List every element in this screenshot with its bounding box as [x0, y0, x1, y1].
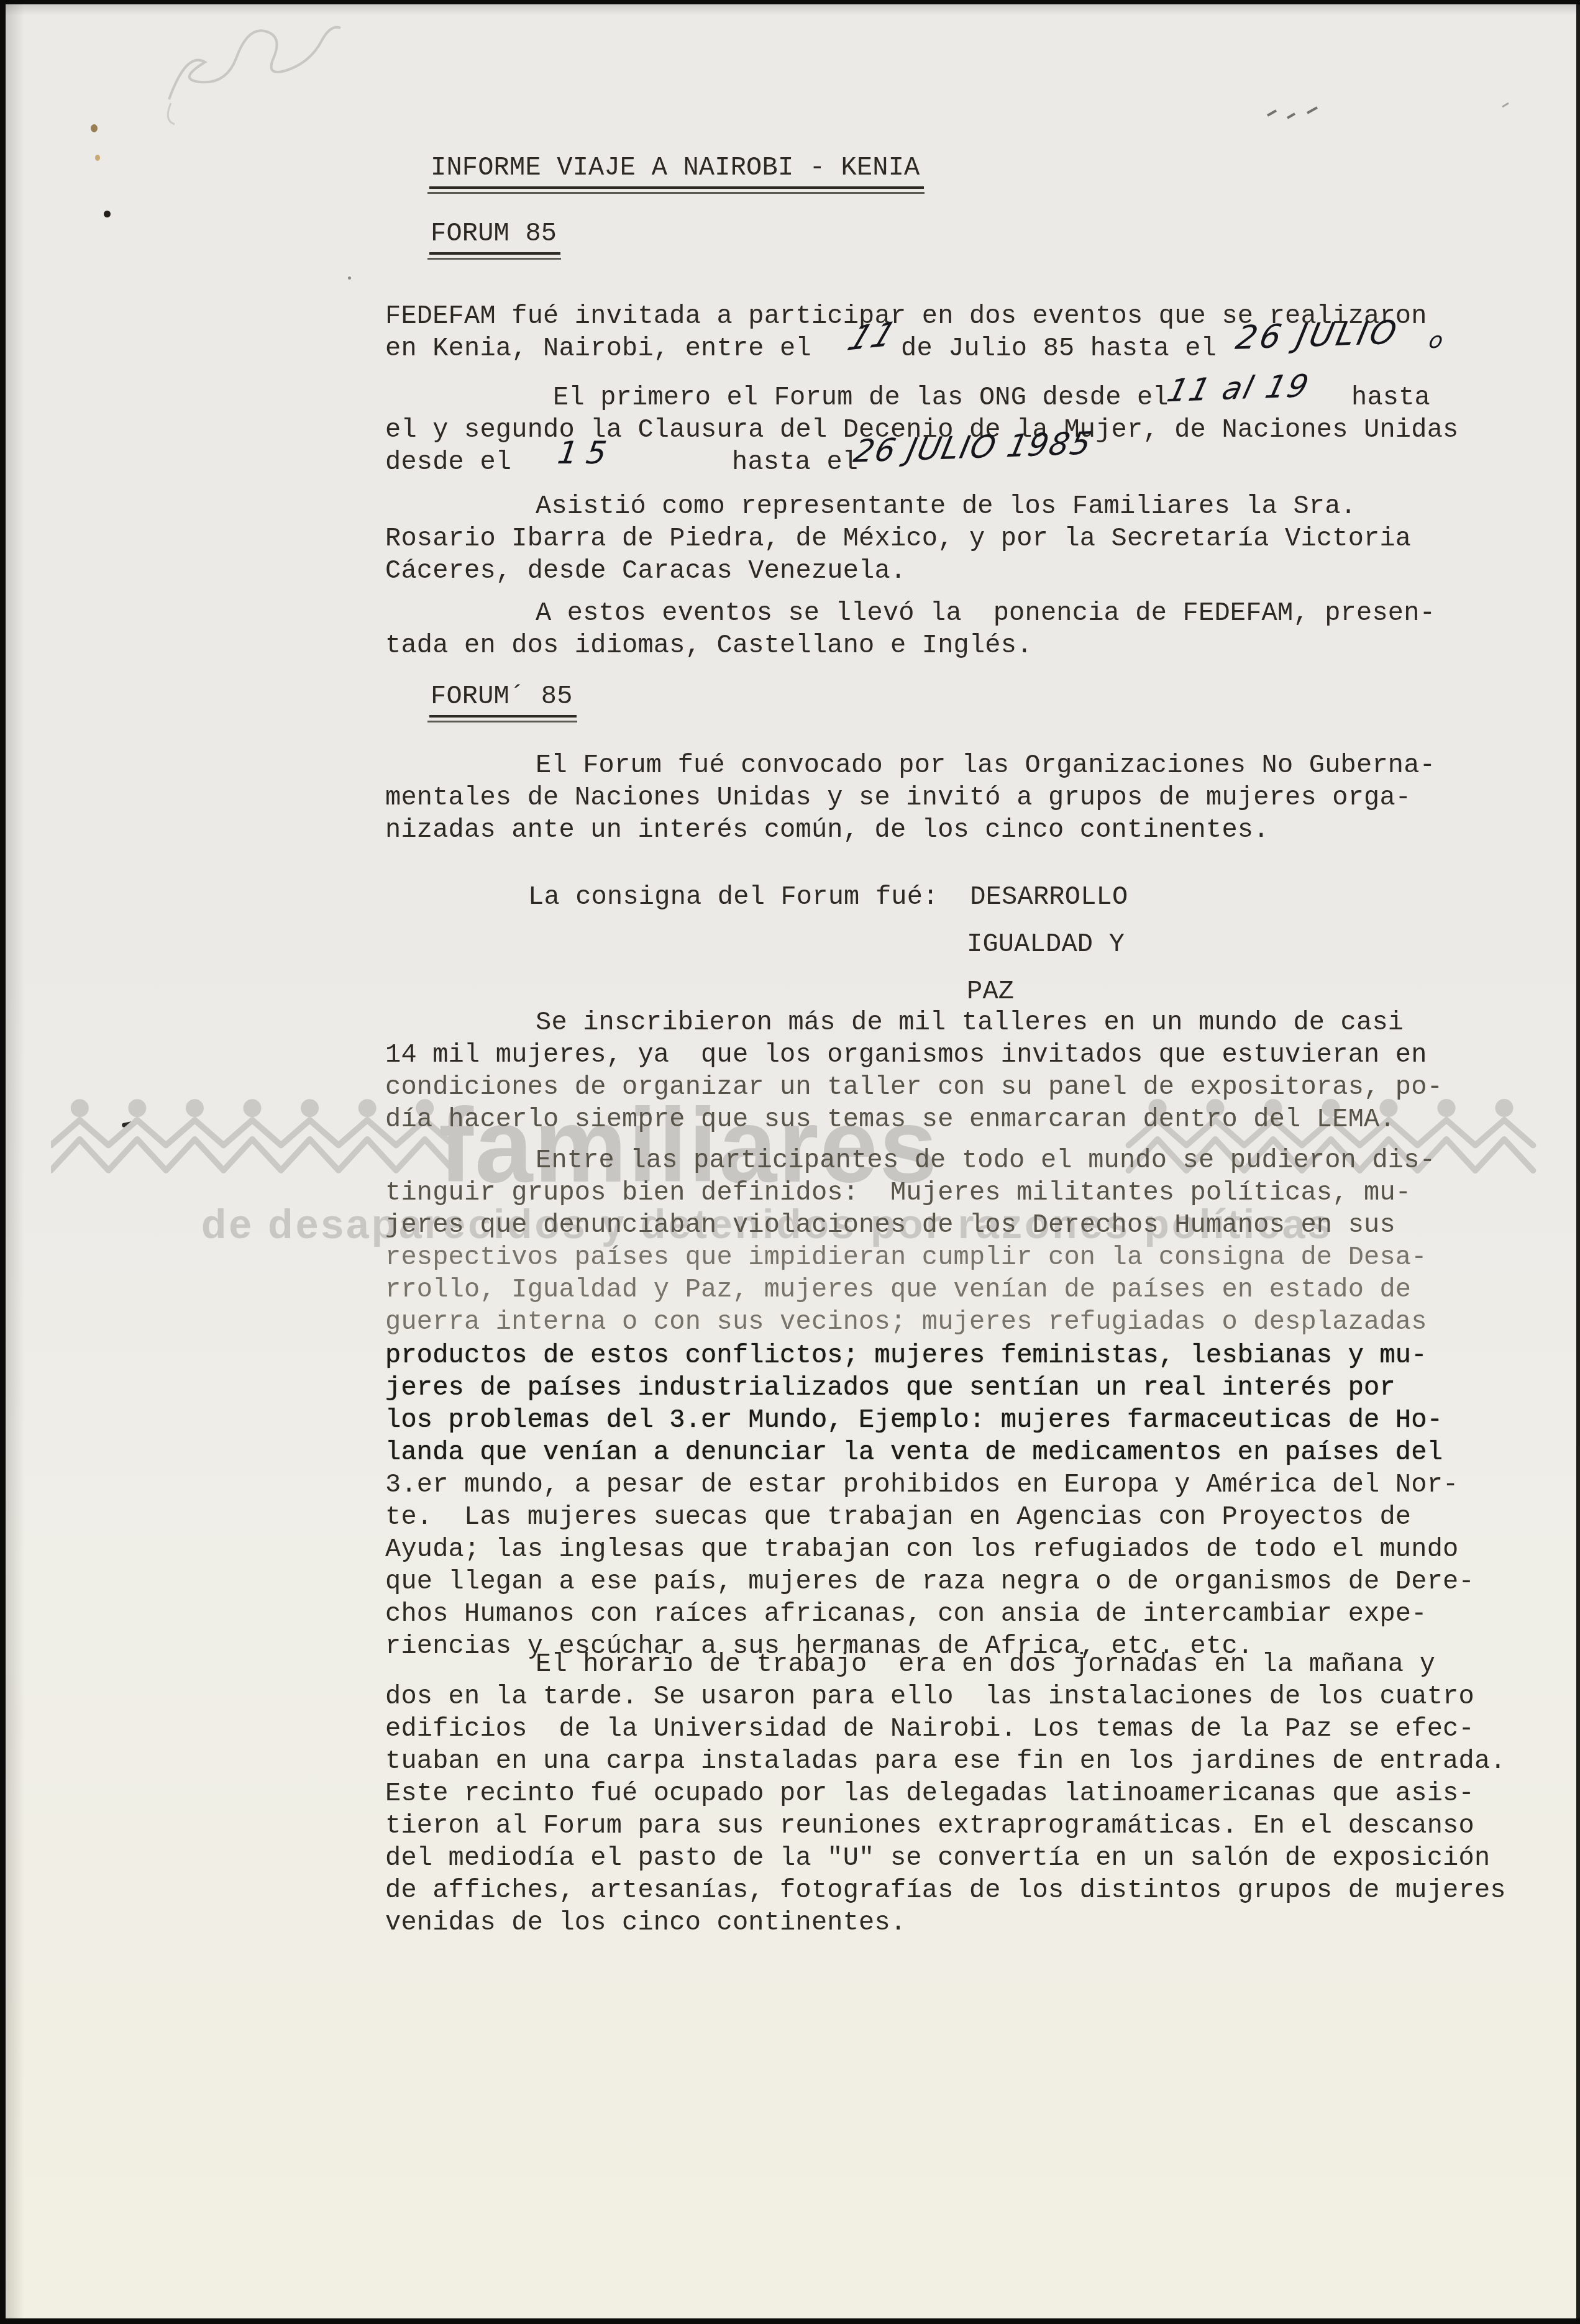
handwritten-date: 11 al 19 [1164, 368, 1314, 409]
scanned-document: familiares de desaparecidos y detenidos … [0, 0, 1580, 2324]
handwritten-date: 11 [842, 315, 903, 359]
handwritten-date: 26 JULIO [1233, 314, 1403, 357]
handwritten-date: o [1427, 328, 1445, 353]
handwriting-layer: 1126 JULIOo11 al 191526 JULIO 1985 [0, 0, 1580, 2324]
handwritten-date: 26 JULIO 1985 [851, 425, 1095, 470]
handwritten-date: 15 [555, 435, 618, 471]
